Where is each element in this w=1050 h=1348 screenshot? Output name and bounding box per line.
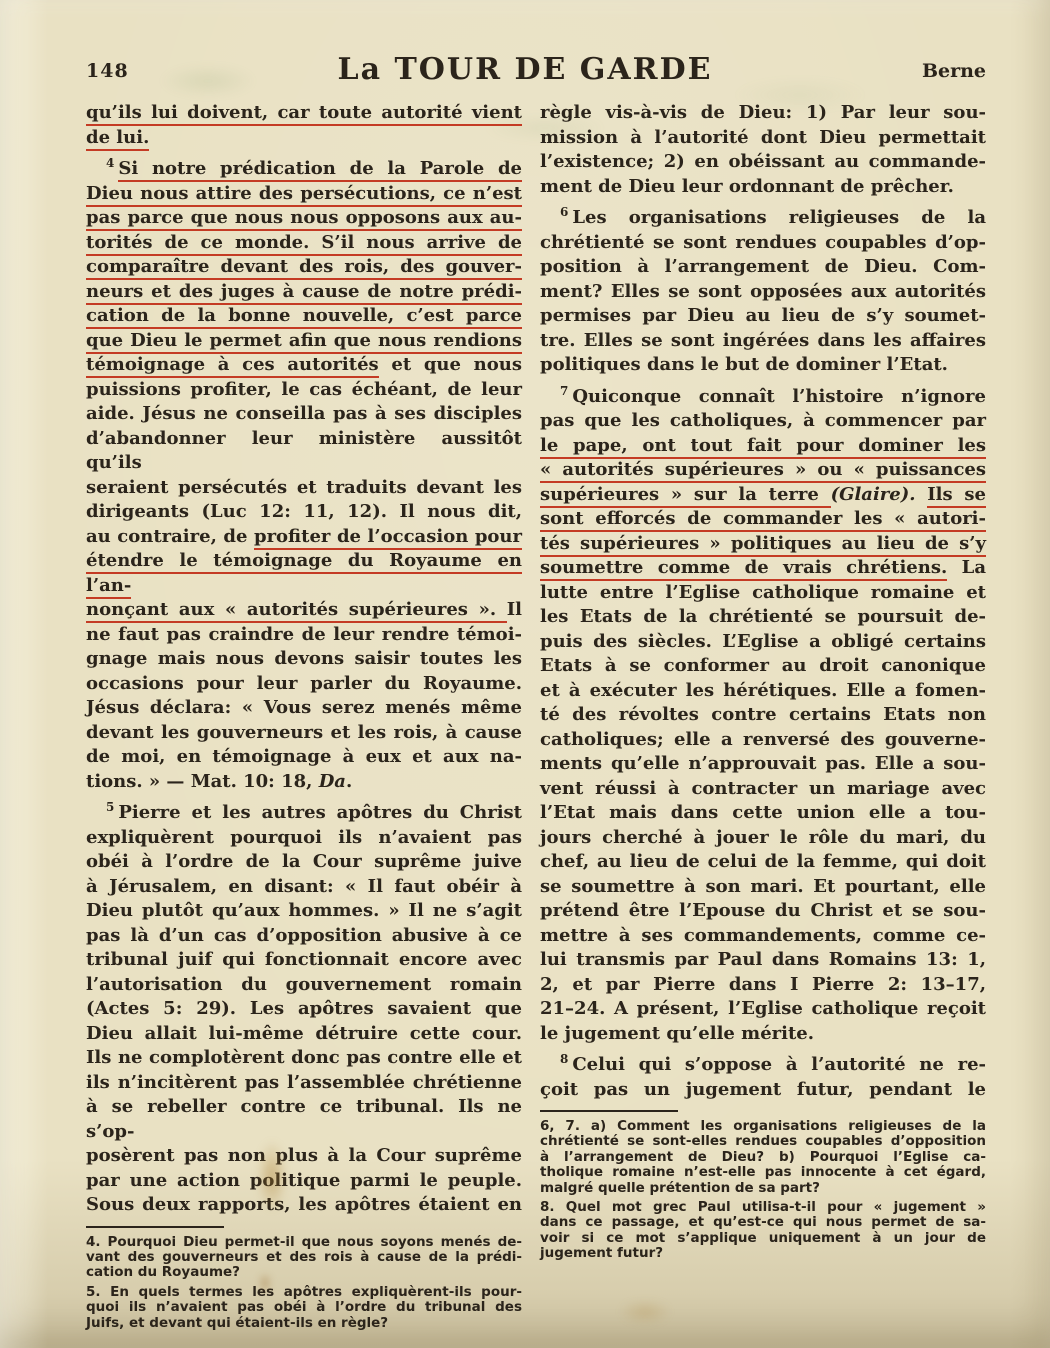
- text-line: 4Si notre prédication de la Parole de: [86, 157, 522, 182]
- footnote-divider: [540, 1110, 678, 1112]
- text-segment: le jugement qu’elle mérite.: [540, 1023, 814, 1044]
- text-line: devant les gouverneurs et les rois, à ca…: [86, 721, 522, 746]
- footnote-line: chrétienté se sont-elles rendues coupabl…: [540, 1134, 986, 1149]
- text-line: lui transmis par Paul dans Romains 13: 1…: [540, 948, 986, 973]
- footnote-line: malgré quelle prétention de sa part?: [540, 1181, 986, 1196]
- text-segment: catholiques; elle a renversé des gouvern…: [540, 729, 986, 750]
- text-line: ne faut pas craindre de leur rendre témo…: [86, 623, 522, 648]
- text-line: politiques dans le but de dominer l’Etat…: [540, 353, 986, 378]
- paragraph-number: 6: [560, 205, 568, 219]
- text-segment: tions. » — Mat. 10: 18,: [86, 771, 319, 792]
- footnote-line: quoi ils n’avaient pas obéi à l’ordre du…: [86, 1300, 522, 1315]
- right-column: règle vis-à-vis de Dieu: 1) Par leur sou…: [540, 101, 986, 1262]
- text-segment: jours cherché à jouer le rôle du mari, d…: [540, 827, 986, 848]
- text-segment: tholique romaine n’est-elle pas innocent…: [540, 1164, 986, 1180]
- text-segment: seraient persécutés et traduits devant l…: [86, 477, 522, 498]
- text-line: tre. Elles se sont ingérées dans les aff…: [540, 329, 986, 354]
- text-segment: les Etats de la chrétienté se poursuit d…: [540, 606, 986, 627]
- footnote-line: jugement futur?: [540, 1246, 986, 1261]
- text-segment: Celui qui s’oppose à l’autorité ne re-: [572, 1054, 986, 1075]
- text-segment: puissions profiter, le cas échéant, de l…: [86, 379, 522, 400]
- text-segment: Juifs, et devant qui étaient-ils en règl…: [86, 1315, 388, 1331]
- text-line: de moi, en témoignage à eux et aux na-: [86, 745, 522, 770]
- footnote-line: vant des gouverneurs et des rois à cause…: [86, 1250, 522, 1265]
- text-line: prétend être l’Epouse du Christ et se so…: [540, 899, 986, 924]
- text-line: posèrent pas non plus à la Cour suprême: [86, 1144, 522, 1169]
- text-segment: cation du Royaume?: [86, 1264, 240, 1280]
- text-segment: Pierre et les autres apôtres du Christ: [118, 802, 522, 823]
- text-segment: Dieu allait lui-même détruire cette cour…: [86, 1023, 522, 1044]
- text-segment: par une action politique parmi le peuple…: [86, 1170, 522, 1191]
- text-line: de lui.: [86, 126, 522, 151]
- edition-label: Berne: [922, 60, 986, 82]
- text-line: tions. » — Mat. 10: 18, Da.: [86, 770, 522, 795]
- text-line: chef, au lieu de celui de la femme, qui …: [540, 850, 986, 875]
- text-line: les Etats de la chrétienté se poursuit d…: [540, 605, 986, 630]
- text-line: çoit pas un jugement futur, pendant le: [540, 1078, 986, 1103]
- underlined-text: supérieures » sur la terre: [540, 484, 831, 508]
- paragraph-number: 5: [106, 800, 114, 814]
- text-segment: règle vis-à-vis de Dieu: 1) Par leur sou…: [540, 102, 986, 123]
- paper-stain: [610, 1295, 680, 1329]
- text-line: et à exécuter les hérétiques. Elle a fom…: [540, 679, 986, 704]
- text-segment: ils n’incitèrent pas l’assemblée chrétie…: [86, 1072, 522, 1093]
- underlined-text: Ils se: [927, 484, 986, 508]
- text-segment: .: [346, 771, 352, 792]
- text-line: chrétienté se sont rendues coupables d’o…: [540, 231, 986, 256]
- underlined-text: nonçant aux « autorités supérieures ».: [86, 599, 507, 623]
- text-line: torités de ce monde. S’il nous arrive de: [86, 231, 522, 256]
- text-line: lutte entre l’Eglise catholique romaine …: [540, 581, 986, 606]
- text-line: 5Pierre et les autres apôtres du Christ: [86, 801, 522, 826]
- text-line: à Jérusalem, en disant: « Il faut obéir …: [86, 875, 522, 900]
- text-segment: Il: [507, 599, 522, 620]
- text-line: ils n’incitèrent pas l’assemblée chrétie…: [86, 1071, 522, 1096]
- text-line: par une action politique parmi le peuple…: [86, 1169, 522, 1194]
- text-line: Sous deux rapports, les apôtres étaient …: [86, 1193, 522, 1218]
- text-line: 8Celui qui s’oppose à l’autorité ne re-: [540, 1053, 986, 1078]
- text-line: comparaître devant des rois, des gouver-: [86, 255, 522, 280]
- text-segment: au contraire, de: [86, 526, 254, 547]
- text-line: l’autorisation du gouvernement romain: [86, 973, 522, 998]
- text-line: (Actes 5: 29). Les apôtres savaient que: [86, 997, 522, 1022]
- underlined-text: pas parce que nous nous opposons aux au-: [86, 207, 522, 231]
- text-segment: aide. Jésus ne conseilla pas à ses disci…: [86, 403, 522, 424]
- magazine-page: 148 La TOUR DE GARDE Berne qu’ils lui do…: [0, 0, 1050, 1348]
- footnote-line: 8. Quel mot grec Paul utilisa-t-il pour …: [540, 1200, 986, 1215]
- text-segment: (Actes 5: 29). Les apôtres savaient que: [86, 998, 522, 1019]
- footnote-block: 6, 7. a) Comment les organisations relig…: [540, 1110, 986, 1262]
- underlined-text: tés supérieures » politiques au lieu de …: [540, 533, 986, 557]
- text-segment: (Glaire).: [831, 484, 928, 505]
- underlined-text: profiter de l’occasion pour: [254, 526, 522, 550]
- text-line: soumettre comme de vrais chrétiens. La: [540, 556, 986, 581]
- text-line: l’Etat mais dans cette union elle a tou-: [540, 801, 986, 826]
- footnote-line: tholique romaine n’est-elle pas innocent…: [540, 1165, 986, 1180]
- text-segment: occasions pour leur parler du Royaume.: [86, 673, 522, 694]
- text-line: 6Les organisations religieuses de la: [540, 206, 986, 231]
- underlined-text: comparaître devant des rois, des gouver-: [86, 256, 522, 280]
- text-segment: pas là d’un cas d’opposition abusive à c…: [86, 925, 522, 946]
- text-line: té des révoltes contre certains Etats no…: [540, 703, 986, 728]
- text-segment: vant des gouverneurs et des rois à cause…: [86, 1249, 522, 1265]
- text-segment: permises par Dieu au lieu de s’y soumet-: [540, 305, 986, 326]
- text-segment: ment? Elles se sont opposées aux autorit…: [540, 281, 986, 302]
- text-line: neurs et des juges à cause de notre préd…: [86, 280, 522, 305]
- text-line: tribunal juif qui fonctionnait encore av…: [86, 948, 522, 973]
- text-segment: lutte entre l’Eglise catholique romaine …: [540, 582, 986, 603]
- text-segment: 4. Pourquoi Dieu permet-il que nous soyo…: [86, 1234, 522, 1250]
- text-line: puis des siècles. L’Eglise a obligé cert…: [540, 630, 986, 655]
- text-segment: lui transmis par Paul dans Romains 13: 1…: [540, 949, 986, 970]
- text-line: dirigeants (Luc 12: 11, 12). Il nous dit…: [86, 500, 522, 525]
- text-segment: té des révoltes contre certains Etats no…: [540, 704, 986, 725]
- text-segment: gnage mais nous devons saisir toutes les: [86, 648, 522, 669]
- text-segment: Quiconque connaît l’histoire n’ignore: [572, 386, 986, 407]
- text-line: 2, et par Pierre dans I Pierre 2: 13–17,: [540, 973, 986, 998]
- text-segment: dans ce passage, et qu’est-ce qui nous p…: [540, 1214, 986, 1230]
- underlined-text: cation de la bonne nouvelle, c’est parce: [86, 305, 522, 329]
- footnote-divider: [86, 1226, 224, 1228]
- text-segment: Dieu plutôt qu’aux hommes. » Il ne s’agi…: [86, 900, 522, 921]
- text-segment: se soumettre à son mari. Et pourtant, el…: [540, 876, 986, 897]
- text-segment: et à exécuter les hérétiques. Elle a fom…: [540, 680, 986, 701]
- text-segment: chrétienté se sont-elles rendues coupabl…: [540, 1133, 986, 1149]
- text-segment: posèrent pas non plus à la Cour suprême: [86, 1145, 522, 1166]
- text-segment: Ils ne complotèrent donc pas contre elle…: [86, 1047, 522, 1068]
- footnote-line: voir si ce mot s’applique uniquement à u…: [540, 1231, 986, 1246]
- text-line: position à l’arrangement de Dieu. Com-: [540, 255, 986, 280]
- text-segment: Sous deux rapports, les apôtres étaient …: [86, 1194, 522, 1215]
- text-segment: politiques dans le but de dominer l’Etat…: [540, 354, 948, 375]
- page-title: La TOUR DE GARDE: [0, 52, 1050, 87]
- underlined-text: neurs et des juges à cause de notre préd…: [86, 281, 522, 305]
- paragraph-number: 8: [560, 1052, 568, 1066]
- text-segment: l’Etat mais dans cette union elle a tou-: [540, 802, 986, 823]
- underlined-text: torités de ce monde. S’il nous arrive de: [86, 232, 522, 256]
- text-line: mission à l’autorité dont Dieu permettai…: [540, 126, 986, 151]
- text-segment: à l’arrangement de Dieu? b) Pourquoi l’E…: [540, 1149, 986, 1165]
- text-line: sont efforcés de commander les « autori-: [540, 507, 986, 532]
- text-line: supérieures » sur la terre (Glaire). Ils…: [540, 483, 986, 508]
- paragraph-number: 7: [560, 384, 568, 398]
- text-segment: mettre à ses commandements, comme ce-: [540, 925, 986, 946]
- footnote-line: 5. En quels termes les apôtres expliquèr…: [86, 1285, 522, 1300]
- text-segment: d’abandonner leur ministère aussitôt qu’…: [86, 428, 522, 474]
- text-line: Etats à se conformer au droit canonique: [540, 654, 986, 679]
- text-segment: position à l’arrangement de Dieu. Com-: [540, 256, 986, 277]
- underlined-text: soumettre comme de vrais chrétiens.: [540, 557, 947, 581]
- text-line: ment? Elles se sont opposées aux autorit…: [540, 280, 986, 305]
- text-segment: dirigeants (Luc 12: 11, 12). Il nous dit…: [86, 501, 522, 522]
- text-line: mettre à ses commandements, comme ce-: [540, 924, 986, 949]
- text-segment: puis des siècles. L’Eglise a obligé cert…: [540, 631, 986, 652]
- underlined-text: témoignage à ces autorités: [86, 354, 379, 378]
- underlined-text: qu’ils lui doivent, car toute autorité v…: [86, 102, 522, 126]
- text-segment: 21–24. A présent, l’Eglise catholique re…: [540, 998, 986, 1019]
- text-segment: de moi, en témoignage à eux et aux na-: [86, 746, 522, 767]
- text-line: Ils ne complotèrent donc pas contre elle…: [86, 1046, 522, 1071]
- text-segment: Les organisations religieuses de la: [572, 207, 986, 228]
- text-line: gnage mais nous devons saisir toutes les: [86, 647, 522, 672]
- text-line: tés supérieures » politiques au lieu de …: [540, 532, 986, 557]
- text-line: pas que les catholiques, à commencer par: [540, 409, 986, 434]
- text-segment: chrétienté se sont rendues coupables d’o…: [540, 232, 986, 253]
- text-segment: La: [947, 557, 986, 578]
- text-segment: et que nous: [379, 354, 522, 375]
- underlined-text: que Dieu le permet afin que nous rendion…: [86, 330, 522, 354]
- text-segment: ments qu’elle n’approuvait pas. Elle a s…: [540, 753, 986, 774]
- text-segment: obéi à l’ordre de la Cour suprême juive: [86, 851, 522, 872]
- text-line: aide. Jésus ne conseilla pas à ses disci…: [86, 402, 522, 427]
- text-line: occasions pour leur parler du Royaume.: [86, 672, 522, 697]
- text-segment: 2, et par Pierre dans I Pierre 2: 13–17,: [540, 974, 986, 995]
- text-line: témoignage à ces autorités et que nous: [86, 353, 522, 378]
- underlined-text: sont efforcés de commander les « autori-: [540, 508, 986, 532]
- text-line: le jugement qu’elle mérite.: [540, 1022, 986, 1047]
- text-line: jours cherché à jouer le rôle du mari, d…: [540, 826, 986, 851]
- text-segment: tre. Elles se sont ingérées dans les aff…: [540, 330, 986, 351]
- text-line: pas là d’un cas d’opposition abusive à c…: [86, 924, 522, 949]
- footnote-line: cation du Royaume?: [86, 1265, 522, 1280]
- text-segment: jugement futur?: [540, 1245, 663, 1261]
- text-line: cation de la bonne nouvelle, c’est parce: [86, 304, 522, 329]
- text-segment: vent réussi à contracter un mariage avec: [540, 778, 986, 799]
- footnote-line: 4. Pourquoi Dieu permet-il que nous soyo…: [86, 1235, 522, 1250]
- footnote-block: 4. Pourquoi Dieu permet-il que nous soyo…: [86, 1226, 522, 1331]
- text-segment: prétend être l’Epouse du Christ et se so…: [540, 900, 986, 921]
- text-line: qu’ils lui doivent, car toute autorité v…: [86, 101, 522, 126]
- text-line: Dieu allait lui-même détruire cette cour…: [86, 1022, 522, 1047]
- text-line: ments qu’elle n’approuvait pas. Elle a s…: [540, 752, 986, 777]
- text-segment: ne faut pas craindre de leur rendre témo…: [86, 624, 522, 645]
- underlined-text: le pape, ont tout fait pour dominer les: [540, 435, 986, 459]
- footnote-line: à l’arrangement de Dieu? b) Pourquoi l’E…: [540, 1150, 986, 1165]
- text-line: obéi à l’ordre de la Cour suprême juive: [86, 850, 522, 875]
- text-segment: devant les gouverneurs et les rois, à ca…: [86, 722, 522, 743]
- underlined-text: de lui.: [86, 127, 149, 151]
- text-line: 21–24. A présent, l’Eglise catholique re…: [540, 997, 986, 1022]
- text-line: l’existence; 2) en obéissant au commande…: [540, 150, 986, 175]
- footnote-line: dans ce passage, et qu’est-ce qui nous p…: [540, 1215, 986, 1230]
- text-line: que Dieu le permet afin que nous rendion…: [86, 329, 522, 354]
- text-segment: pas que les catholiques, à commencer par: [540, 410, 986, 431]
- text-line: au contraire, de profiter de l’occasion …: [86, 525, 522, 550]
- text-line: pas parce que nous nous opposons aux au-: [86, 206, 522, 231]
- underlined-text: Dieu nous attire des persécutions, ce n’…: [86, 183, 522, 207]
- underlined-text: « autorités supérieures » ou « puissance…: [540, 459, 986, 483]
- text-segment: 8. Quel mot grec Paul utilisa-t-il pour …: [540, 1199, 986, 1215]
- text-line: Dieu plutôt qu’aux hommes. » Il ne s’agi…: [86, 899, 522, 924]
- text-segment: tribunal juif qui fonctionnait encore av…: [86, 949, 522, 970]
- text-segment: malgré quelle prétention de sa part?: [540, 1180, 820, 1196]
- text-line: Jésus déclara: « Vous serez menés même: [86, 696, 522, 721]
- text-segment: l’autorisation du gouvernement romain: [86, 974, 522, 995]
- underlined-text: étendre le témoignage du Royaume en l’an…: [86, 550, 522, 599]
- text-segment: expliquèrent pourquoi ils n’avaient pas: [86, 827, 522, 848]
- text-segment: l’existence; 2) en obéissant au commande…: [540, 151, 986, 172]
- text-line: ment de Dieu leur ordonnant de prêcher.: [540, 175, 986, 200]
- paragraph-number: 4: [106, 156, 114, 170]
- underlined-text: Si notre prédication de la Parole de: [118, 158, 522, 182]
- text-line: Dieu nous attire des persécutions, ce n’…: [86, 182, 522, 207]
- left-column: qu’ils lui doivent, car toute autorité v…: [86, 101, 522, 1331]
- text-line: puissions profiter, le cas échéant, de l…: [86, 378, 522, 403]
- text-line: nonçant aux « autorités supérieures ». I…: [86, 598, 522, 623]
- text-line: se soumettre à son mari. Et pourtant, el…: [540, 875, 986, 900]
- text-segment: à Jérusalem, en disant: « Il faut obéir …: [86, 876, 522, 897]
- text-segment: quoi ils n’avaient pas obéi à l’ordre du…: [86, 1299, 522, 1315]
- text-segment: ment de Dieu leur ordonnant de prêcher.: [540, 176, 954, 197]
- text-segment: Etats à se conformer au droit canonique: [540, 655, 986, 676]
- text-line: d’abandonner leur ministère aussitôt qu’…: [86, 427, 522, 476]
- text-segment: 5. En quels termes les apôtres expliquèr…: [86, 1284, 522, 1300]
- text-segment: à se rebeller contre ce tribunal. Ils ne…: [86, 1096, 522, 1142]
- text-line: catholiques; elle a renversé des gouvern…: [540, 728, 986, 753]
- footnote-line: 6, 7. a) Comment les organisations relig…: [540, 1119, 986, 1134]
- text-line: le pape, ont tout fait pour dominer les: [540, 434, 986, 459]
- text-segment: voir si ce mot s’applique uniquement à u…: [540, 1230, 986, 1246]
- text-line: expliquèrent pourquoi ils n’avaient pas: [86, 826, 522, 851]
- text-line: 7Quiconque connaît l’histoire n’ignore: [540, 385, 986, 410]
- text-segment: Jésus déclara: « Vous serez menés même: [86, 697, 522, 718]
- text-line: permises par Dieu au lieu de s’y soumet-: [540, 304, 986, 329]
- text-line: règle vis-à-vis de Dieu: 1) Par leur sou…: [540, 101, 986, 126]
- text-line: « autorités supérieures » ou « puissance…: [540, 458, 986, 483]
- text-segment: 6, 7. a) Comment les organisations relig…: [540, 1118, 986, 1134]
- text-segment: Da: [319, 771, 346, 792]
- footnote-line: Juifs, et devant qui étaient-ils en règl…: [86, 1316, 522, 1331]
- text-segment: chef, au lieu de celui de la femme, qui …: [540, 851, 986, 872]
- text-segment: çoit pas un jugement futur, pendant le: [540, 1079, 986, 1100]
- text-line: à se rebeller contre ce tribunal. Ils ne…: [86, 1095, 522, 1144]
- text-segment: mission à l’autorité dont Dieu permettai…: [540, 127, 986, 148]
- text-line: vent réussi à contracter un mariage avec: [540, 777, 986, 802]
- text-line: seraient persécutés et traduits devant l…: [86, 476, 522, 501]
- text-line: étendre le témoignage du Royaume en l’an…: [86, 549, 522, 598]
